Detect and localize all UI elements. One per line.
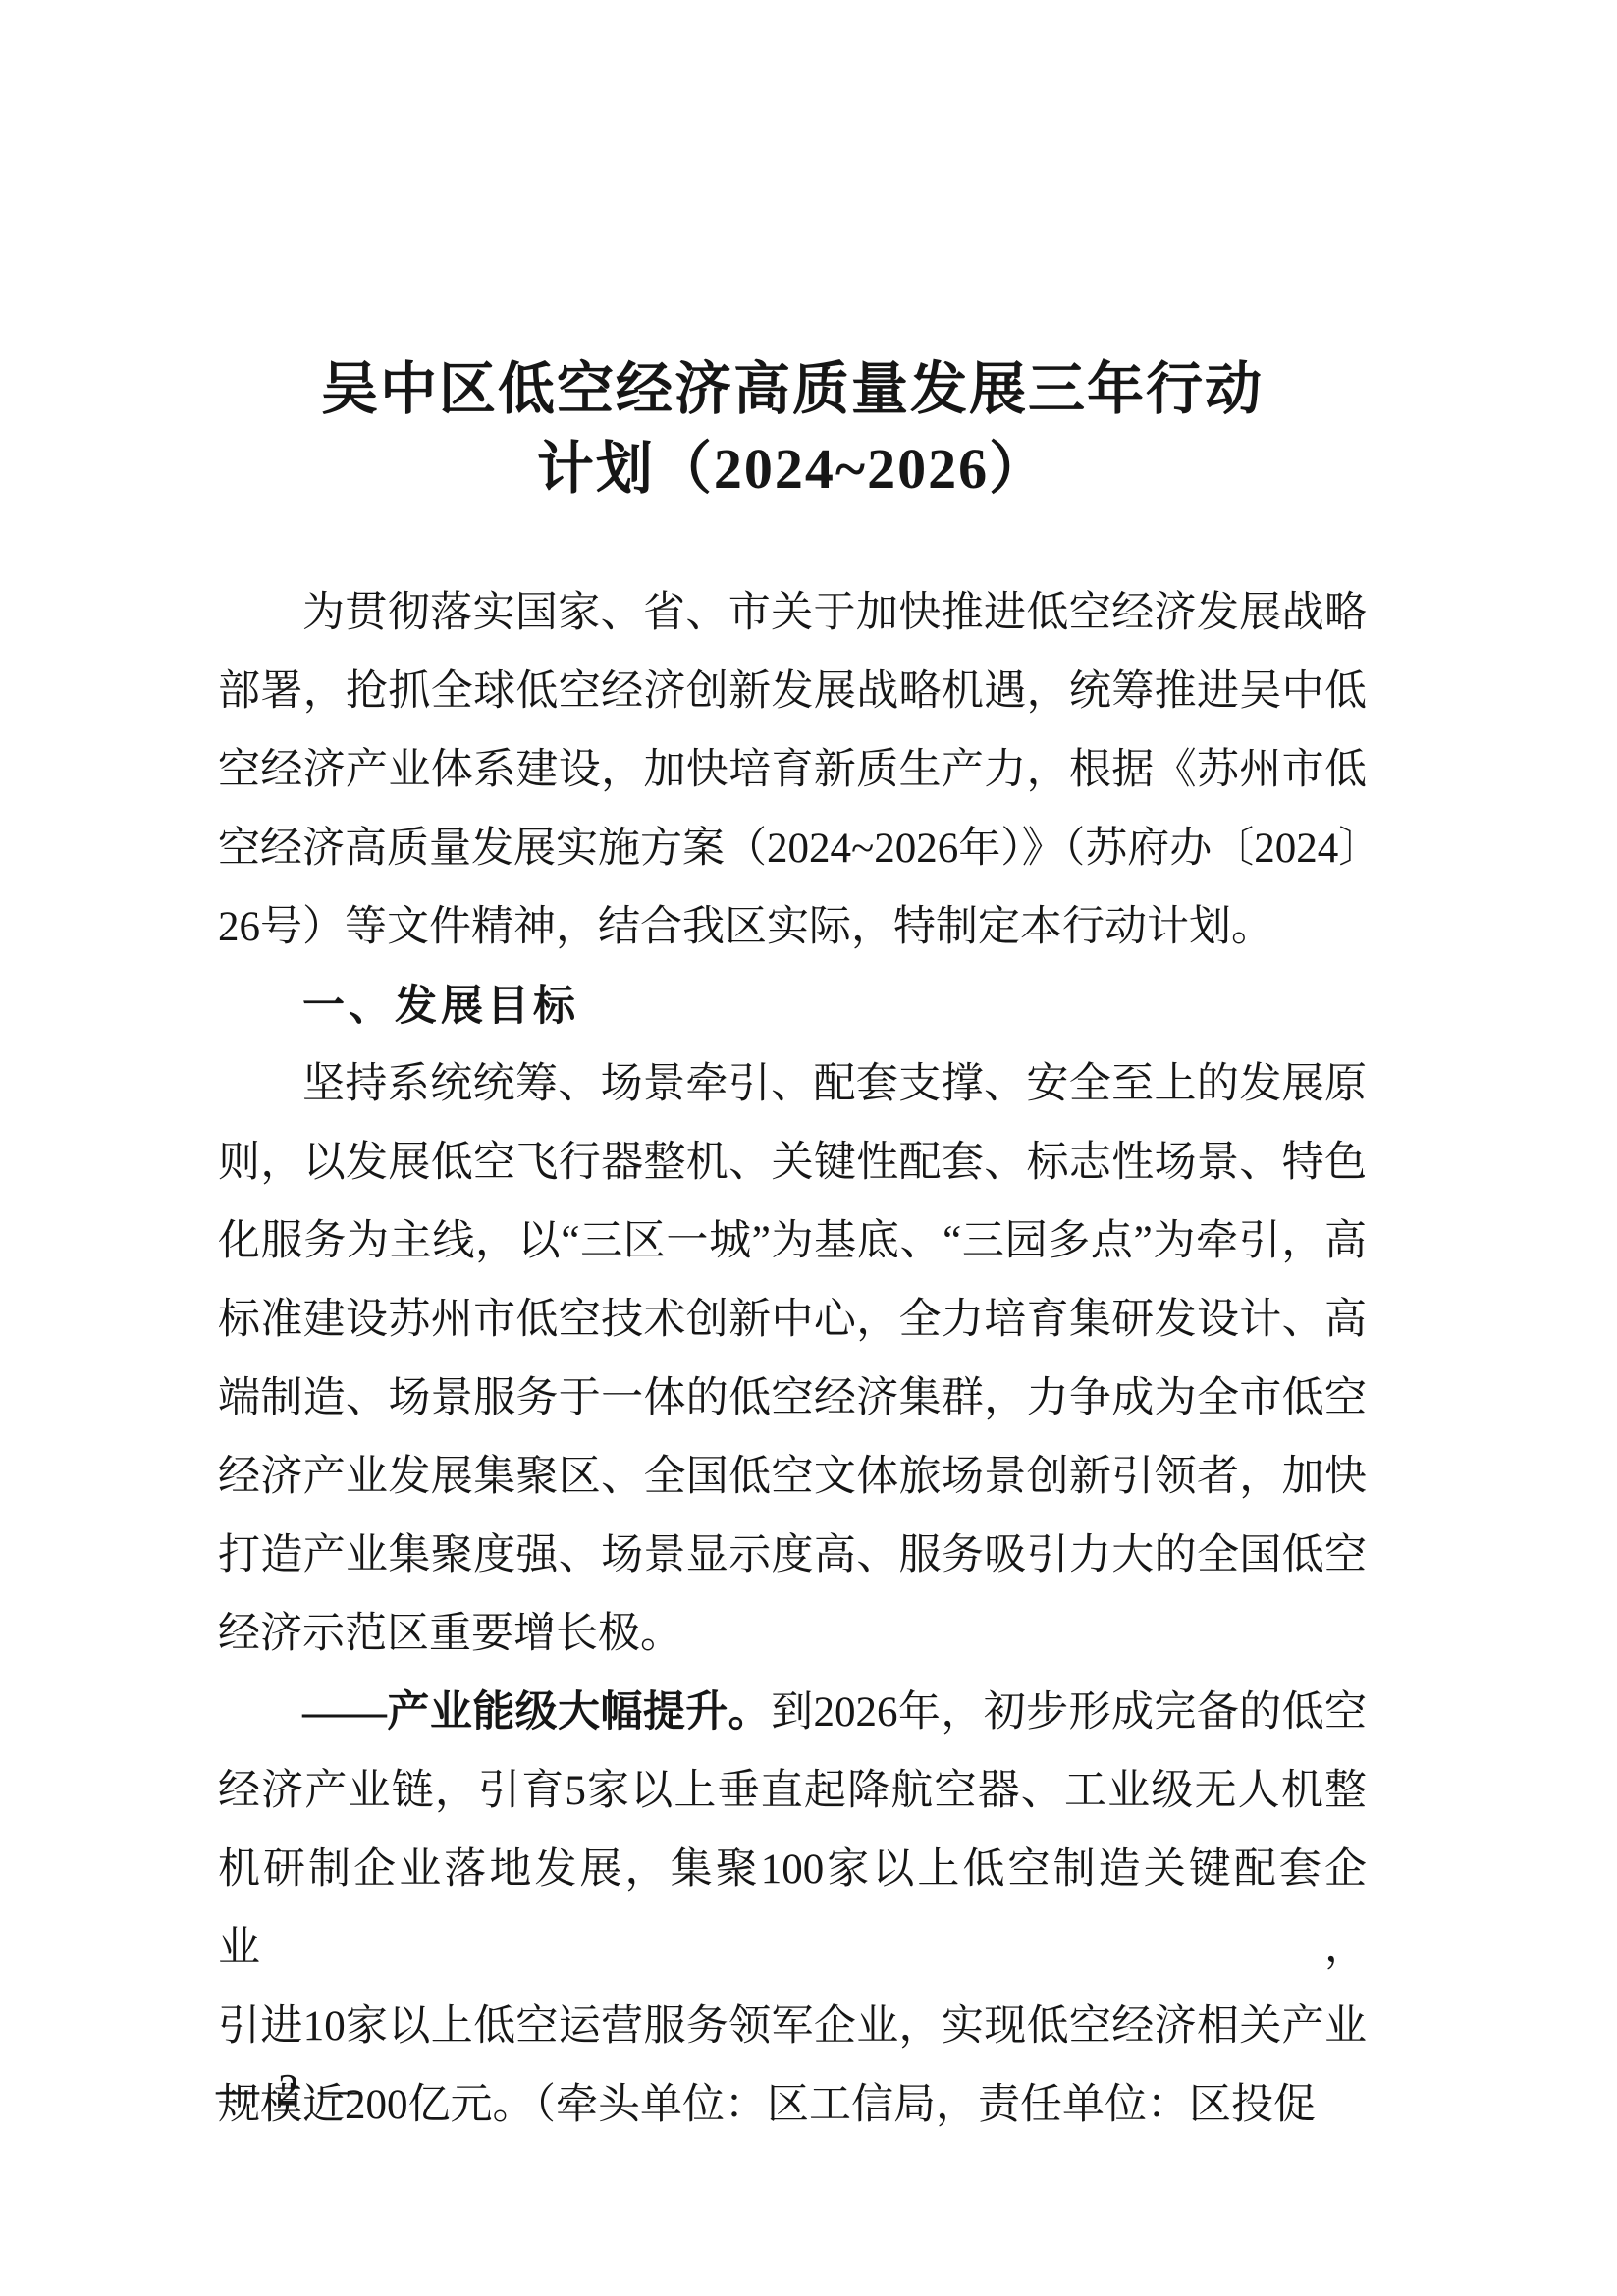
text-line: ——产业能级大幅提升。到2026年，初步形成完备的低空: [218, 1674, 1367, 1752]
text-line: 经济产业发展集聚区、全国低空文体旅场景创新引领者，加快: [218, 1438, 1367, 1517]
text-line: 部署，抢抓全球低空经济创新发展战略机遇，统筹推进吴中低: [218, 653, 1367, 731]
text-line: 经济产业链，引育5家以上垂直起降航空器、工业级无人机整: [218, 1752, 1367, 1831]
text-line: 规模近200亿元。（牵头单位：区工信局，责任单位：区投促: [218, 2066, 1367, 2145]
text-line: 空经济产业体系建设，加快培育新质生产力，根据《苏州市低: [218, 731, 1367, 810]
text-line: 26号）等文件精神，结合我区实际，特制定本行动计划。: [218, 888, 1367, 967]
text-line: 端制造、场景服务于一体的低空经济集群，力争成为全市低空: [218, 1360, 1367, 1438]
document-title-line-2: 计划（2024~2026）: [218, 429, 1367, 508]
bold-lead-text: ——产业能级大幅提升。: [302, 1689, 771, 1735]
document-title: 吴中区低空经济高质量发展三年行动 计划（2024~2026）: [218, 349, 1367, 508]
text-line: 标准建设苏州市低空技术创新中心，全力培育集研发设计、高: [218, 1281, 1367, 1360]
document-page: 吴中区低空经济高质量发展三年行动 计划（2024~2026） 为贯彻落实国家、省…: [0, 0, 1617, 2296]
page-number: — 2 —: [216, 2059, 365, 2120]
text-line: 打造产业集聚度强、场景显示度高、服务吸引力大的全国低空: [218, 1517, 1367, 1595]
text-line: 为贯彻落实国家、省、市关于加快推进低空经济发展战略: [218, 574, 1367, 653]
document-title-line-1: 吴中区低空经济高质量发展三年行动: [218, 349, 1367, 429]
text-line: 化服务为主线，以“三区一城”为基底、“三园多点”为牵引，高: [218, 1202, 1367, 1281]
document-body: 为贯彻落实国家、省、市关于加快推进低空经济发展战略部署，抢抓全球低空经济创新发展…: [218, 574, 1367, 2145]
text-line: 空经济高质量发展实施方案（2024~2026年）》（苏府办〔2024〕: [218, 810, 1367, 888]
text-line: 机研制企业落地发展，集聚100家以上低空制造关键配套企业，: [218, 1831, 1367, 1988]
text-line: 引进10家以上低空运营服务领军企业，实现低空经济相关产业: [218, 1988, 1367, 2066]
text-line: 经济示范区重要增长极。: [218, 1595, 1367, 1674]
section-heading: 一、发展目标: [218, 967, 1367, 1045]
text-line: 坚持系统统筹、场景牵引、配套支撑、安全至上的发展原: [218, 1045, 1367, 1124]
text-line: 则，以发展低空飞行器整机、关键性配套、标志性场景、特色: [218, 1124, 1367, 1202]
